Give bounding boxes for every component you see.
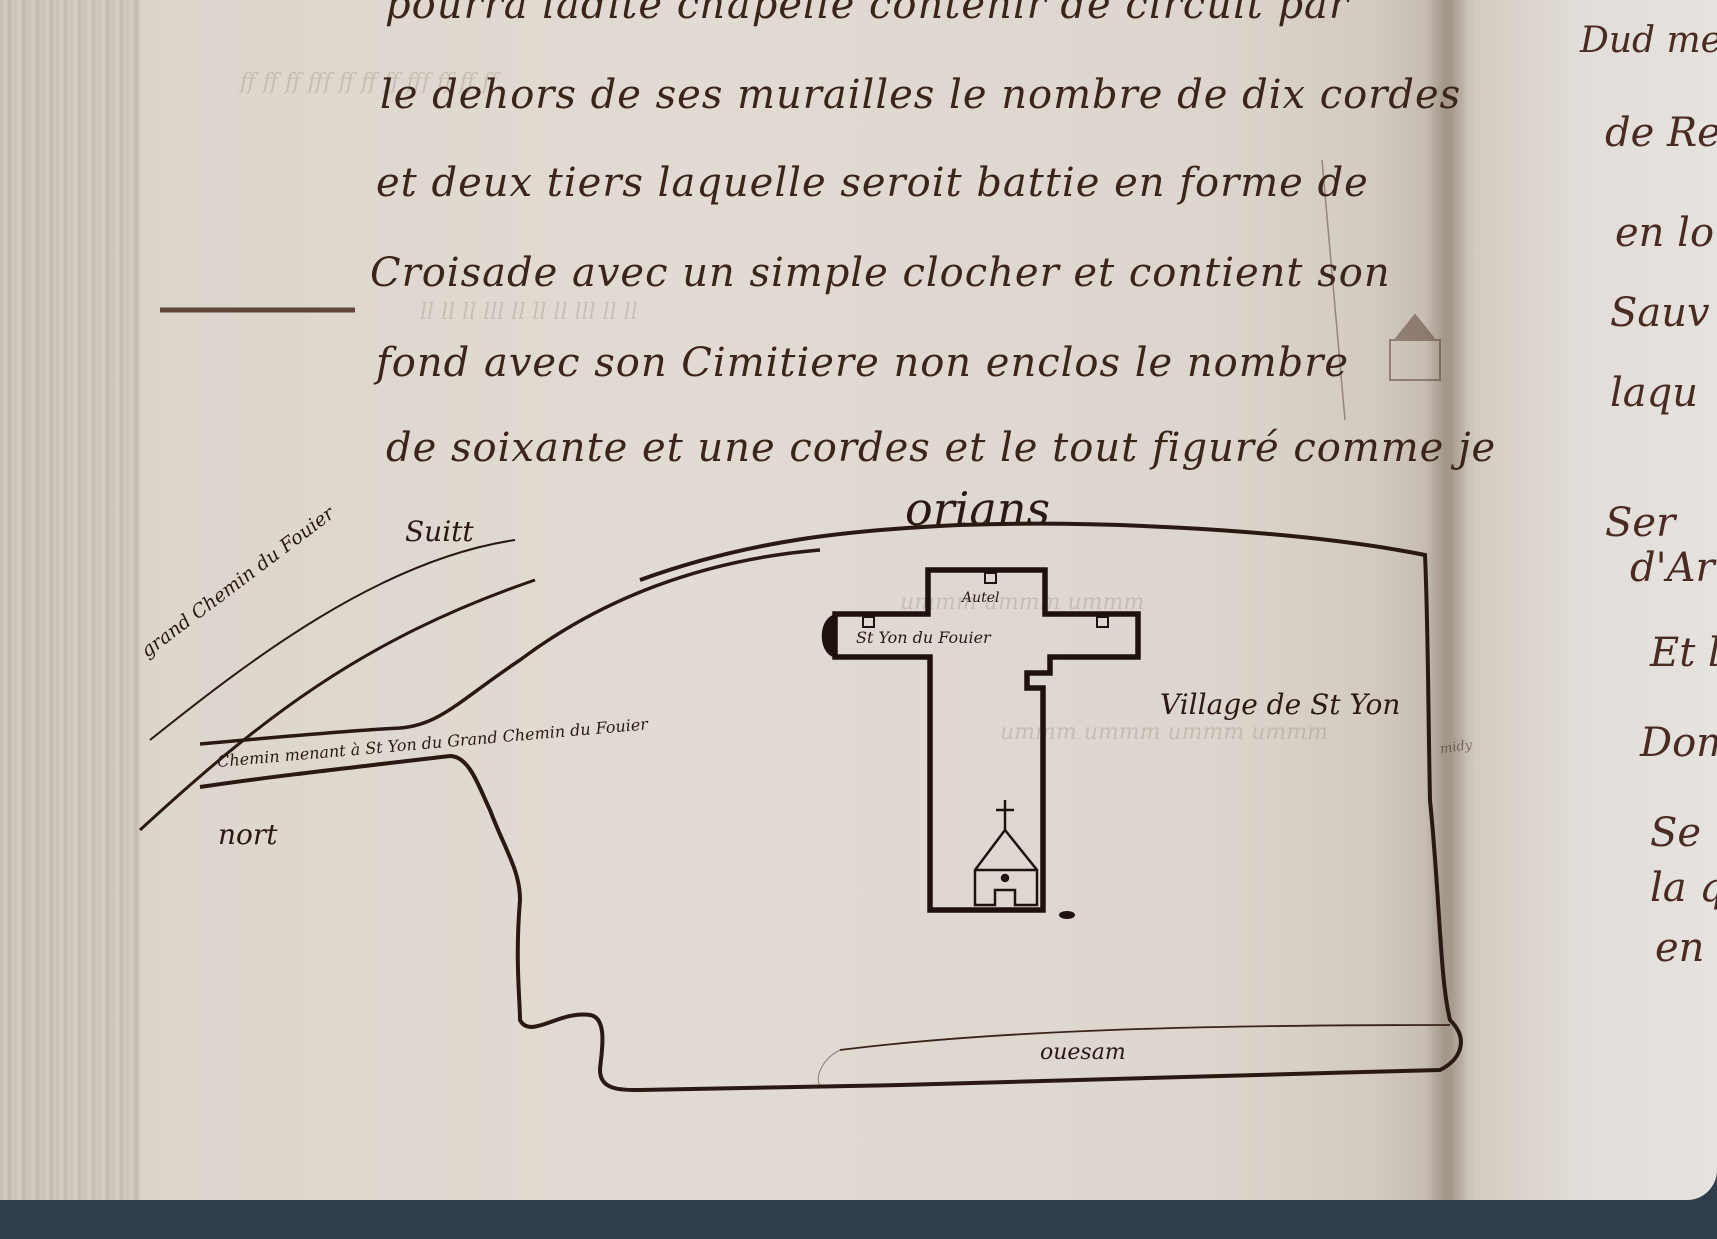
manuscript-book: ff ff ff fff ff ff ff fff ff ff ff ll ll… [0, 0, 1717, 1200]
margin-chapel-sketch [1322, 160, 1440, 420]
chapel-plan-outline [835, 570, 1138, 910]
chapel-name-label: St Yon du Fouier [856, 628, 991, 647]
hand-drawn-map [0, 0, 1717, 1239]
chapel-altar-label: Autel [962, 590, 1000, 606]
compass-west-label: ouesam [1040, 1040, 1126, 1065]
compass-east-label: orians [905, 482, 1050, 536]
village-label: Village de St Yon [1160, 688, 1400, 721]
compass-south-label: Suitt [405, 515, 474, 548]
church-icon [975, 800, 1037, 905]
compass-north-label: nort [218, 818, 278, 851]
